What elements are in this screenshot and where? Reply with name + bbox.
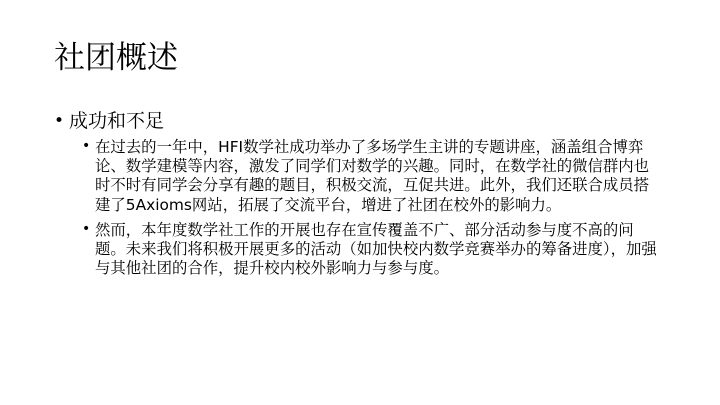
bullet-level2-achievements: • 在过去的一年中，HFI数学社成功举办了多场学生主讲的专题讲座，涵盖组合博弈论… bbox=[82, 138, 660, 215]
bullet-text: 成功和不足 bbox=[69, 110, 164, 132]
slide: 社团概述 • 成功和不足 • 在过去的一年中，HFI数学社成功举办了多场学生主讲… bbox=[0, 0, 720, 405]
bullet-text: 在过去的一年中，HFI数学社成功举办了多场学生主讲的专题讲座，涵盖组合博弈论、数… bbox=[95, 138, 649, 214]
bullet-level2-shortcomings: • 然而，本年度数学社工作的开展也存在宣传覆盖不广、部分活动参与度不高的问题。未… bbox=[82, 221, 660, 279]
bullet-level1-success-and-shortcomings: • 成功和不足 bbox=[54, 108, 674, 134]
bullet-dot-icon: • bbox=[82, 137, 90, 156]
slide-content: • 成功和不足 • 在过去的一年中，HFI数学社成功举办了多场学生主讲的专题讲座… bbox=[54, 108, 674, 284]
slide-title: 社团概述 bbox=[54, 38, 178, 78]
bullet-text: 然而，本年度数学社工作的开展也存在宣传覆盖不广、部分活动参与度不高的问题。未来我… bbox=[95, 221, 657, 277]
bullet-dot-icon: • bbox=[54, 108, 64, 134]
bullet-dot-icon: • bbox=[82, 220, 90, 239]
